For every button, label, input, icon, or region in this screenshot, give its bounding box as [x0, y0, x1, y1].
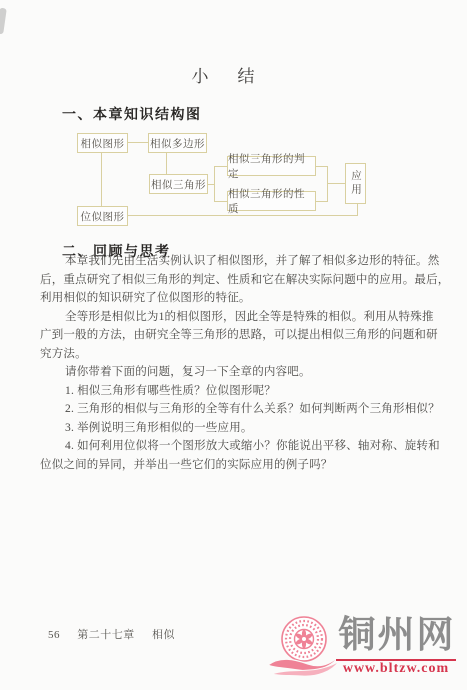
- review-text-block: 本章我们先由生活实例认识了相似图形，并了解了相似多边形的特征。然 后，重点研究了…: [40, 252, 454, 474]
- question-line: 位似之间的异同，并举出一些它们的实际应用的例子吗？: [40, 456, 454, 475]
- body-line: 请你带着下面的问题，复习一下全章的内容吧。: [40, 363, 454, 382]
- connector-line: [128, 215, 357, 216]
- connector-line: [214, 201, 227, 202]
- question-line: 2. 三角形的相似与三角形的全等有什么关系？如何判断两个三角形相似？: [40, 400, 454, 419]
- connector-line: [214, 166, 215, 202]
- site-url: www.bltzw.com: [336, 661, 456, 677]
- connector-line: [214, 166, 227, 167]
- connector-line: [357, 204, 358, 216]
- site-name: 铜州网: [336, 612, 458, 658]
- seal-medallion-wave-icon: [268, 610, 340, 682]
- footer-page-number: 56: [48, 629, 60, 641]
- connector-line: [327, 166, 328, 202]
- scan-smudge: [0, 8, 7, 35]
- connector-line: [316, 201, 327, 202]
- question-line: 4. 如何利用位似将一个图形放大或缩小？你能说出平移、轴对称、旋转和: [40, 437, 454, 456]
- diagram-box-triangle-properties: 相似三角形的性质: [227, 191, 316, 211]
- diagram-box-application: 应用: [345, 163, 366, 204]
- connector-line: [316, 166, 327, 167]
- diagram-box-similar-triangles: 相似三角形: [149, 174, 208, 194]
- connector-line: [128, 142, 148, 143]
- site-watermark: 铜州网 www.bltzw.com: [268, 608, 464, 684]
- diagram-box-similar-polygons: 相似多边形: [148, 133, 207, 153]
- connector-line: [327, 183, 345, 184]
- body-line: 利用相似的知识研究了位似图形的特征。: [40, 289, 454, 308]
- question-line: 3. 举例说明三角形相似的一些应用。: [40, 419, 454, 438]
- connector-line: [101, 153, 102, 206]
- textbook-page: 小 结 一、本章知识结构图 相似图形 相似多边形 相似三角形 相似三角形的判定 …: [0, 0, 467, 690]
- body-line: 本章我们先由生活实例认识了相似图形，并了解了相似多边形的特征。然: [40, 252, 454, 271]
- connector-line: [166, 153, 167, 174]
- section1-heading: 一、本章知识结构图: [62, 104, 202, 124]
- page-title: 小 结: [0, 62, 452, 87]
- footer-chapter: 第二十七章: [77, 629, 135, 641]
- body-line: 全等形是相似比为1的相似图形，因此全等是特殊的相似。利用从特殊推: [40, 308, 454, 327]
- diagram-box-similar-figures: 相似图形: [77, 133, 128, 153]
- body-line: 究方法。: [40, 345, 454, 364]
- footer-chapter-title: 相似: [152, 629, 175, 641]
- body-line: 广到一般的方法，由研究全等三角形的思路，可以提出相似三角形的问题和研: [40, 326, 454, 345]
- diagram-box-homothetic-figures: 位似图形: [77, 206, 128, 226]
- diagram-box-triangle-criteria: 相似三角形的判定: [227, 156, 316, 176]
- page-footer: 56 第二十七章 相似: [48, 626, 189, 642]
- question-line: 1. 相似三角形有哪些性质？位似图形呢？: [40, 382, 454, 401]
- body-line: 后，重点研究了相似三角形的判定、性质和它在解决实际问题中的应用。最后，: [40, 271, 454, 290]
